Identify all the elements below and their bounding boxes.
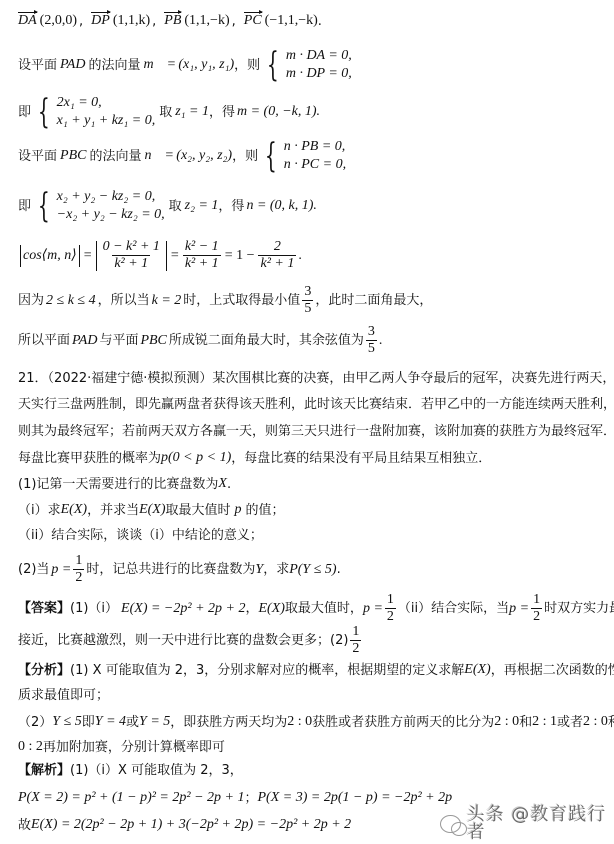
answer-line2: 接近，比赛越激烈，则一天中进行比赛的盘数会更多；(2) 1 2 bbox=[18, 625, 363, 656]
text: 的法向量 bbox=[88, 59, 140, 72]
text: . bbox=[337, 563, 341, 576]
text: 或者 bbox=[557, 716, 583, 729]
math: k = 2 bbox=[152, 294, 182, 308]
text: 获胜或者获胜方前两天的比分为 bbox=[312, 716, 494, 729]
equation: x₂ + y₂ − kz₂ = 0, bbox=[57, 190, 165, 204]
text: 设平面 bbox=[18, 150, 57, 163]
math: 2 : 0 bbox=[494, 715, 519, 729]
text: ， bbox=[245, 602, 258, 615]
equation: m · DA = 0, bbox=[286, 49, 352, 63]
vector-pb-value: (1,1,−k) bbox=[184, 14, 229, 28]
plane-pbc-normal-line: 设平面 PBC 的法向量 n⃗ = (x₂, y₂, z₂) ，则 { n · … bbox=[18, 139, 348, 173]
solution-line3: 故 E(X) = 2(2p² − 2p + 1) + 3(−2p² + 2p) … bbox=[18, 818, 351, 832]
equation: 2x₁ = 0, bbox=[57, 96, 156, 110]
vector-pc-value: (−1,1,−k) bbox=[265, 14, 318, 28]
vector-n: n⃗ bbox=[144, 149, 162, 163]
math: Y = 5 bbox=[139, 715, 170, 729]
vector-da-value: (2,0,0) bbox=[40, 14, 77, 28]
text: ，求 bbox=[263, 563, 289, 576]
math: P(X = 2) = p² + (1 − p)² = 2p² − 2p + 1 bbox=[18, 791, 244, 805]
text: 时，记总共进行的比赛盘数为 bbox=[86, 563, 255, 576]
math: 2 : 1 bbox=[532, 715, 557, 729]
equation-system: { x₂ + y₂ − kz₂ = 0, −x₂ + y₂ − kz₂ = 0, bbox=[33, 189, 165, 223]
text: （2） bbox=[18, 716, 52, 729]
text: （i）求 bbox=[18, 504, 61, 517]
text: 与平面 bbox=[99, 334, 138, 347]
problem21-line2: 天实行三盘两胜制，即先赢两盘者获得该天胜利，此时该天比赛结束．若甲乙中的一方能连… bbox=[18, 398, 614, 411]
text: (1) X 可能取值为 2，3，分别求解对应的概率，根据期望的定义求解 bbox=[70, 664, 464, 677]
cos-expr: cos⟨m, n⟩ bbox=[23, 249, 77, 263]
text: ，并求当 bbox=[87, 504, 139, 517]
text: 取 bbox=[169, 200, 182, 213]
text: ，每盘比赛的结果没有平局且结果互相独立． bbox=[231, 452, 491, 465]
fraction: 1 2 bbox=[350, 625, 361, 656]
fraction: 2 k² + 1 bbox=[258, 240, 296, 271]
math: X bbox=[218, 477, 227, 491]
text: 取最大值时， bbox=[285, 602, 363, 615]
equation: −x₂ + y₂ − kz₂ = 0, bbox=[57, 208, 165, 222]
analysis-label: 【分析】 bbox=[18, 664, 70, 677]
solution-label: 【解析】 bbox=[18, 764, 70, 777]
problem21-line3: 则其为最终冠军；若前两天双方各赢一天，则第三天只进行一盘附加赛，该附加赛的获胜方… bbox=[18, 425, 614, 438]
math: p = bbox=[509, 602, 529, 616]
text: 即 bbox=[18, 106, 31, 119]
vector-pb: PB bbox=[164, 14, 181, 28]
math: 0 : 2 bbox=[18, 740, 43, 754]
solution-line1: 【解析】 (1)（i）X 可能取值为 2，3， bbox=[18, 764, 243, 777]
math: p = bbox=[363, 602, 383, 616]
vector-dp: DP bbox=[91, 14, 110, 28]
vector-pc: PC bbox=[244, 14, 262, 28]
fraction: 1 2 bbox=[385, 593, 396, 624]
fraction: k² − 1 k² + 1 bbox=[183, 240, 221, 271]
text: 的法向量 bbox=[89, 150, 141, 163]
text: ，得 bbox=[209, 106, 235, 119]
plane-name: PBC bbox=[140, 334, 166, 348]
text: 所以平面 bbox=[18, 334, 70, 347]
text: ，则 bbox=[234, 59, 260, 72]
text: 和 bbox=[608, 716, 614, 729]
math: P(Y ≤ 5) bbox=[289, 563, 336, 577]
equation: n · PB = 0, bbox=[284, 140, 346, 154]
text: 设平面 bbox=[18, 59, 57, 72]
range-line: 因为 2 ≤ k ≤ 4 ，所以当 k = 2 时，上式取得最小值 3 5 ，此… bbox=[18, 285, 432, 316]
math: E(X) = −2p² + 2p + 2 bbox=[121, 602, 245, 616]
chat-bubble-icon bbox=[440, 815, 461, 833]
problem21-line4: 每盘比赛甲获胜的概率为 p(0 < p < 1) ，每盘比赛的结果没有平局且结果… bbox=[18, 451, 491, 465]
plane-pad-normal-line: 设平面 PAD 的法向量 m⃗ = (x₁, y₁, z₁) ，则 { m · … bbox=[18, 48, 354, 82]
math: E(X) = 2(2p² − 2p + 1) + 3(−2p² + 2p) = … bbox=[31, 818, 351, 832]
text: 即 bbox=[18, 200, 31, 213]
equation: x₁ + y₁ + kz₁ = 0, bbox=[57, 114, 156, 128]
part1-line: (1)记第一天需要进行的比赛盘数为 X . bbox=[18, 477, 231, 491]
math: Y bbox=[255, 563, 263, 577]
math: 2 : 0 bbox=[583, 715, 608, 729]
text: 的值； bbox=[246, 504, 285, 517]
math: Y = 4 bbox=[95, 715, 126, 729]
answer-line1: 【答案】 (1)（i） E(X) = −2p² + 2p + 2 ， E(X) … bbox=[18, 593, 614, 624]
text: (1)（i） bbox=[70, 602, 118, 615]
text: 或 bbox=[126, 716, 139, 729]
watermark-text: 头条 @教育践行者 bbox=[467, 806, 614, 842]
cos-line: cos⟨m, n⟩ = 0 − k² + 1 k² + 1 = k² − 1 k… bbox=[18, 240, 302, 271]
text: 取 bbox=[159, 106, 172, 119]
equation: n · PC = 0, bbox=[284, 158, 346, 172]
math: E(X) bbox=[139, 503, 165, 517]
text: ； bbox=[244, 792, 257, 805]
text: (1)（i）X 可能取值为 2，3， bbox=[70, 764, 243, 777]
plane-name: PAD bbox=[72, 334, 97, 348]
math: E(X) bbox=[258, 602, 284, 616]
fraction: 1 2 bbox=[531, 593, 542, 624]
analysis-line1: 【分析】 (1) X 可能取值为 2，3，分别求解对应的概率，根据期望的定义求解… bbox=[18, 663, 614, 677]
math: P(X = 3) = 2p(1 − p) = −2p² + 2p bbox=[258, 791, 453, 805]
text: . bbox=[227, 478, 231, 491]
m-coords: (x₁, y₁, z₁) bbox=[178, 58, 234, 72]
equation-system: { n · PB = 0, n · PC = 0, bbox=[260, 139, 346, 173]
math: Y ≤ 5 bbox=[52, 715, 81, 729]
text: ，再根据二次函数的性 bbox=[491, 664, 614, 677]
text: ，此时二面角最大， bbox=[315, 294, 432, 307]
text: 时，上式取得最小值 bbox=[183, 294, 300, 307]
analysis-line2: 质求最值即可； bbox=[18, 689, 109, 702]
vector-m: m⃗ bbox=[143, 58, 164, 72]
part2-line: (2)当 p = 1 2 时，记总共进行的比赛盘数为 Y ，求 P(Y ≤ 5)… bbox=[18, 554, 341, 585]
equation-system: { 2x₁ = 0, x₁ + y₁ + kz₁ = 0, bbox=[33, 95, 155, 129]
text: ，得 bbox=[218, 200, 244, 213]
solution-line2: P(X = 2) = p² + (1 − p)² = 2p² − 2p + 1 … bbox=[18, 791, 452, 805]
math: E(X) bbox=[61, 503, 87, 517]
text: 每盘比赛甲获胜的概率为 bbox=[18, 452, 161, 465]
part1-i-line: （i）求 E(X) ，并求当 E(X) 取最大值时 p 的值； bbox=[18, 503, 285, 517]
system1-line: 即 { 2x₁ = 0, x₁ + y₁ + kz₁ = 0, 取 z₁ = 1… bbox=[18, 95, 320, 129]
text: 所成锐二面角最大时，其余弦值为 bbox=[169, 334, 364, 347]
equation-system: { m · DA = 0, m · DP = 0, bbox=[262, 48, 352, 82]
text: ，则 bbox=[232, 150, 258, 163]
math-result: n = (0, k, 1). bbox=[246, 199, 317, 213]
fraction: 1 2 bbox=[73, 554, 84, 585]
text: 故 bbox=[18, 819, 31, 832]
text: (2)当 bbox=[18, 563, 49, 576]
answer-label: 【答案】 bbox=[18, 602, 70, 615]
text: (1)记第一天需要进行的比赛盘数为 bbox=[18, 478, 218, 491]
plane-name: PBC bbox=[60, 149, 86, 163]
text: ，即获胜方两天均为 bbox=[170, 716, 287, 729]
vector-da: DA bbox=[18, 14, 37, 28]
text: 和 bbox=[519, 716, 532, 729]
system2-line: 即 { x₂ + y₂ − kz₂ = 0, −x₂ + y₂ − kz₂ = … bbox=[18, 189, 317, 223]
analysis-line4: 0 : 2 再加附加赛，分别计算概率即可 bbox=[18, 740, 225, 754]
text: 因为 bbox=[18, 294, 44, 307]
conclusion-line: 所以平面 PAD 与平面 PBC 所成锐二面角最大时，其余弦值为 3 5 . bbox=[18, 325, 382, 356]
math: z₂ = 1 bbox=[185, 199, 219, 213]
text: 时双方实力最 bbox=[544, 602, 614, 615]
fraction: 3 5 bbox=[302, 285, 313, 316]
plane-name: PAD bbox=[60, 58, 85, 72]
text: 取最大值时 bbox=[166, 504, 231, 517]
fraction: 3 5 bbox=[366, 325, 377, 356]
math: p bbox=[235, 503, 242, 517]
math-result: m = (0, −k, 1). bbox=[237, 105, 320, 119]
text: 再加附加赛，分别计算概率即可 bbox=[43, 741, 225, 754]
math: E(X) bbox=[464, 663, 490, 677]
text: （ii）结合实际，当 bbox=[398, 602, 509, 615]
math: p(0 < p < 1) bbox=[161, 451, 231, 465]
analysis-line3: （2） Y ≤ 5 即 Y = 4 或 Y = 5 ，即获胜方两天均为 2 : … bbox=[18, 715, 614, 729]
n-coords: (x₂, y₂, z₂) bbox=[176, 149, 232, 163]
fraction: 0 − k² + 1 k² + 1 bbox=[101, 240, 162, 271]
math: 2 ≤ k ≤ 4 bbox=[46, 294, 96, 308]
math: p = bbox=[51, 563, 71, 577]
vector-dp-value: (1,1,k) bbox=[113, 14, 150, 28]
vectors-line: DA (2,0,0) , DP (1,1,k) , PB (1,1,−k) , … bbox=[18, 14, 322, 28]
math: z₁ = 1 bbox=[175, 105, 209, 119]
watermark: 头条 @教育践行者 bbox=[440, 806, 614, 842]
equation: m · DP = 0, bbox=[286, 67, 352, 81]
part1-ii-line: （ii）结合实际，谈谈（i）中结论的意义； bbox=[18, 529, 263, 542]
text: ，所以当 bbox=[98, 294, 150, 307]
text: 接近，比赛越激烈，则一天中进行比赛的盘数会更多；(2) bbox=[18, 634, 348, 647]
math: 2 : 0 bbox=[287, 715, 312, 729]
problem21-line1: 21．（2022·福建宁德·模拟预测）某次围棋比赛的决赛，由甲乙两人争夺最后的冠… bbox=[18, 372, 614, 385]
text: 即 bbox=[82, 716, 95, 729]
math: = 1 − bbox=[225, 249, 255, 263]
